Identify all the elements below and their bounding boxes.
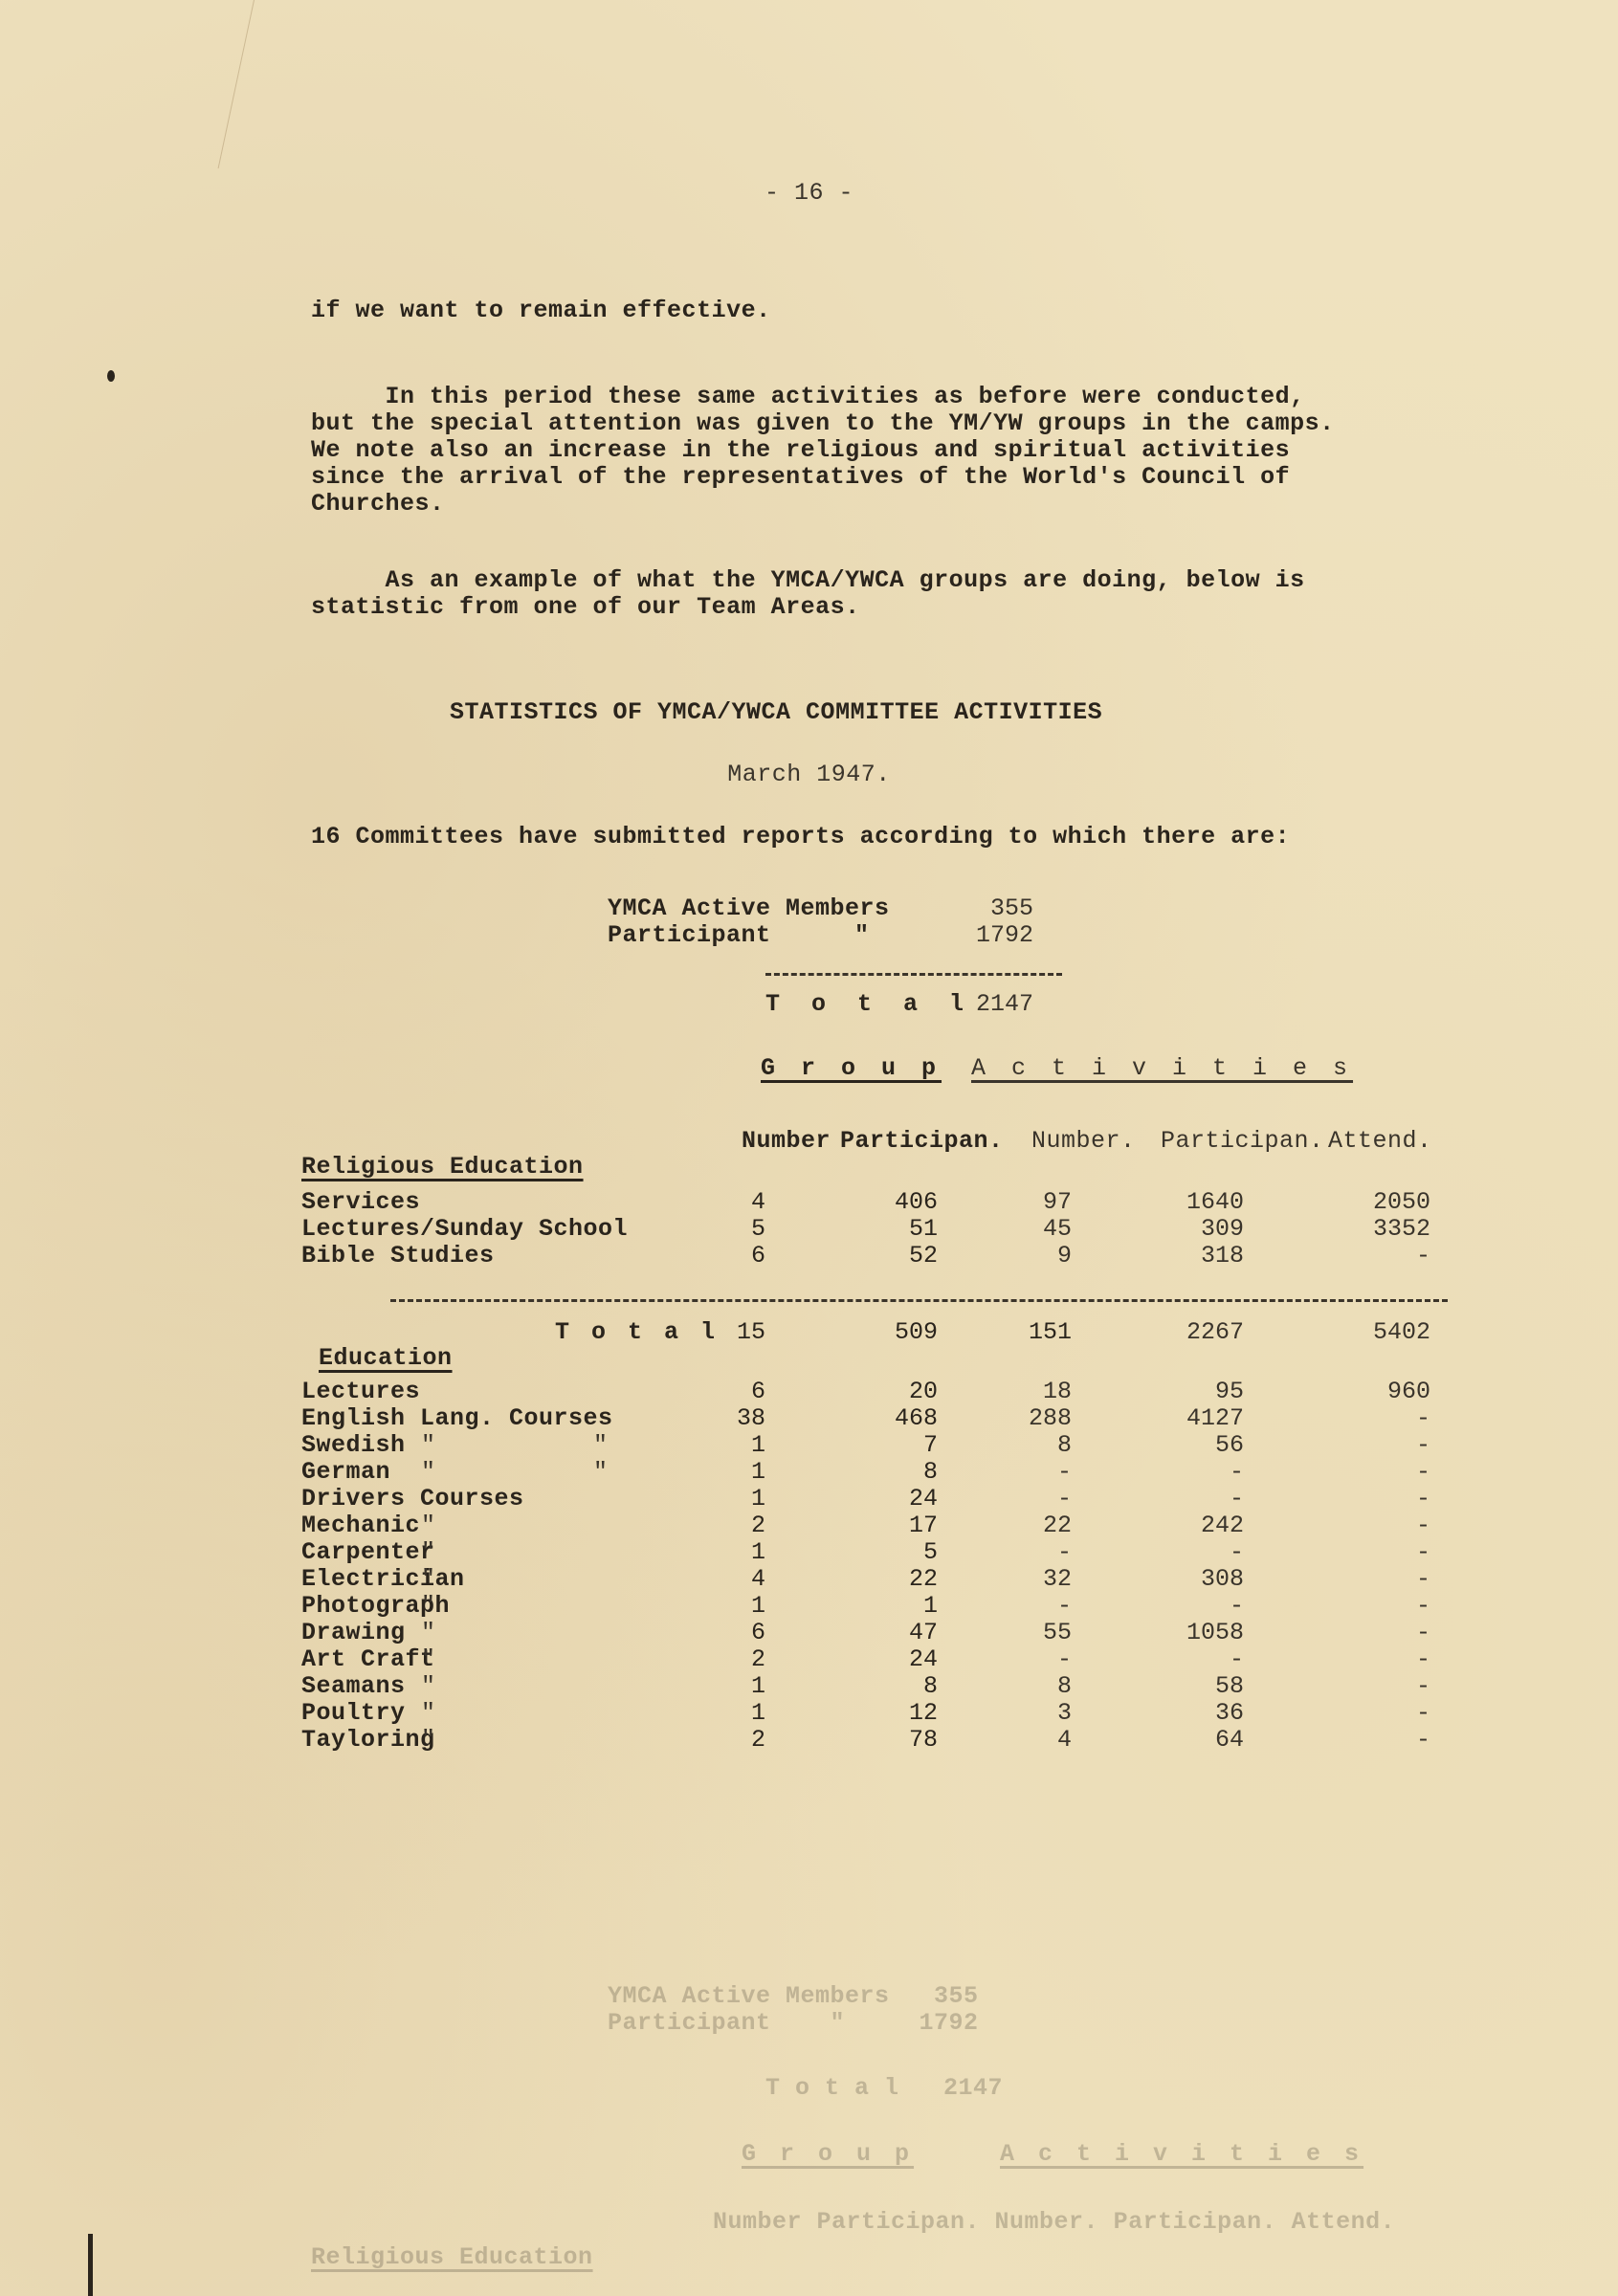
cell-g-number: 4 bbox=[708, 1188, 765, 1216]
cell-a-number: 3 bbox=[995, 1699, 1072, 1727]
committees-line: 16 Committees have submitted reports acc… bbox=[311, 823, 1290, 850]
cell-g-number: 2 bbox=[708, 1726, 765, 1754]
row-label: Carpenter bbox=[301, 1538, 435, 1566]
row-label: Swedish bbox=[301, 1431, 406, 1459]
cell-a-number: 288 bbox=[995, 1404, 1072, 1432]
membership-value: 355 bbox=[919, 894, 1033, 922]
cell-a-number: 9 bbox=[995, 1242, 1072, 1269]
cell-a-particip: - bbox=[1139, 1458, 1244, 1486]
cell-attend: 3352 bbox=[1320, 1215, 1430, 1243]
cell-a-particip: - bbox=[1139, 1538, 1244, 1566]
cell-attend: - bbox=[1320, 1431, 1430, 1459]
intro-line: if we want to remain effective. bbox=[311, 297, 771, 324]
cell-a-particip: - bbox=[1139, 1485, 1244, 1512]
ditto-mark: " bbox=[421, 1619, 436, 1646]
group-header: G r o u p bbox=[761, 1054, 942, 1082]
row-label: Mechanic bbox=[301, 1512, 420, 1539]
cell-g-particip: 7 bbox=[842, 1431, 938, 1459]
cell-attend: - bbox=[1320, 1404, 1430, 1432]
paragraph-line: We note also an increase in the religiou… bbox=[311, 436, 1290, 464]
ditto-mark: " bbox=[421, 1592, 436, 1620]
page-number: - 16 - bbox=[0, 179, 1618, 207]
cell-attend: - bbox=[1320, 1619, 1430, 1646]
ditto-mark: " bbox=[421, 1699, 436, 1727]
row-label: Tayloring bbox=[301, 1726, 435, 1754]
cell-g-particip: 24 bbox=[842, 1485, 938, 1512]
cell-g-number: 4 bbox=[708, 1565, 765, 1593]
cell-attend: - bbox=[1320, 1512, 1430, 1539]
cell-g-number: 1 bbox=[708, 1672, 765, 1700]
ditto-mark: " bbox=[421, 1565, 436, 1593]
ditto-mark: " bbox=[421, 1512, 436, 1539]
cell-g-number: 2 bbox=[708, 1645, 765, 1673]
cell-g-particip: 468 bbox=[842, 1404, 938, 1432]
column-header: Number. bbox=[1031, 1127, 1136, 1155]
cell-attend: 5402 bbox=[1320, 1318, 1430, 1346]
row-label: Lectures bbox=[301, 1378, 420, 1405]
row-label: Drivers Courses bbox=[301, 1485, 524, 1512]
membership-label: YMCA Active Members bbox=[608, 894, 890, 922]
cell-a-number: - bbox=[995, 1485, 1072, 1512]
cell-a-particip: 4127 bbox=[1139, 1404, 1244, 1432]
cell-a-number: 18 bbox=[995, 1378, 1072, 1405]
membership-label: Participant bbox=[608, 921, 771, 949]
cell-g-number: 2 bbox=[708, 1512, 765, 1539]
paragraph-line: since the arrival of the representatives… bbox=[311, 463, 1290, 491]
ghost-line: Religious Education bbox=[311, 2243, 593, 2271]
cell-a-number: - bbox=[995, 1645, 1072, 1673]
cell-a-number: 8 bbox=[995, 1672, 1072, 1700]
row-label: English Lang. Courses bbox=[301, 1404, 613, 1432]
cell-g-number: 15 bbox=[708, 1318, 765, 1346]
cell-attend: - bbox=[1320, 1699, 1430, 1727]
total-label: T o t a l bbox=[555, 1318, 719, 1346]
ghost-line: Number Participan. Number. Participan. A… bbox=[713, 2208, 1395, 2236]
ghost-line: A c t i v i t i e s bbox=[1000, 2140, 1363, 2168]
divider bbox=[390, 1299, 1448, 1302]
cell-a-number: 4 bbox=[995, 1726, 1072, 1754]
column-header: Attend. bbox=[1328, 1127, 1432, 1155]
cell-a-particip: - bbox=[1139, 1645, 1244, 1673]
row-label: Drawing bbox=[301, 1619, 406, 1646]
row-label: Lectures/Sunday School bbox=[301, 1215, 628, 1243]
ditto-mark: " bbox=[593, 1458, 609, 1486]
cell-a-number: 22 bbox=[995, 1512, 1072, 1539]
row-label: Electrician bbox=[301, 1565, 465, 1593]
cell-a-particip: 318 bbox=[1139, 1242, 1244, 1269]
cell-attend: - bbox=[1320, 1538, 1430, 1566]
row-label: German bbox=[301, 1458, 390, 1486]
cell-g-number: 6 bbox=[708, 1242, 765, 1269]
cell-attend: - bbox=[1320, 1592, 1430, 1620]
paragraph-line: Churches. bbox=[311, 490, 445, 518]
ditto-mark: " bbox=[421, 1538, 436, 1566]
divider bbox=[765, 973, 1062, 976]
cell-a-particip: 309 bbox=[1139, 1215, 1244, 1243]
cell-a-number: 97 bbox=[995, 1188, 1072, 1216]
cell-g-particip: 509 bbox=[842, 1318, 938, 1346]
column-header: Participan. bbox=[840, 1127, 1004, 1155]
total-value: 2147 bbox=[919, 990, 1033, 1018]
education-heading: Education bbox=[319, 1344, 453, 1372]
cell-g-particip: 17 bbox=[842, 1512, 938, 1539]
paragraph-line: In this period these same activities as … bbox=[311, 383, 1305, 410]
cell-g-particip: 78 bbox=[842, 1726, 938, 1754]
ditto-mark: " bbox=[421, 1431, 436, 1459]
cell-a-number: 55 bbox=[995, 1619, 1072, 1646]
cell-g-number: 6 bbox=[708, 1619, 765, 1646]
cell-attend: - bbox=[1320, 1726, 1430, 1754]
cell-a-number: 45 bbox=[995, 1215, 1072, 1243]
cell-a-particip: 58 bbox=[1139, 1672, 1244, 1700]
cell-a-particip: 56 bbox=[1139, 1431, 1244, 1459]
paragraph-line: statistic from one of our Team Areas. bbox=[311, 593, 860, 621]
paragraph-line: As an example of what the YMCA/YWCA grou… bbox=[311, 566, 1305, 594]
column-header: Number bbox=[742, 1127, 831, 1155]
statistics-title: STATISTICS OF YMCA/YWCA COMMITTEE ACTIVI… bbox=[450, 698, 1102, 726]
ditto-mark: " bbox=[421, 1726, 436, 1754]
row-label: Services bbox=[301, 1188, 420, 1216]
cell-g-number: 1 bbox=[708, 1592, 765, 1620]
cell-g-particip: 47 bbox=[842, 1619, 938, 1646]
ditto-mark: " bbox=[421, 1458, 436, 1486]
cell-g-particip: 22 bbox=[842, 1565, 938, 1593]
row-label: Bible Studies bbox=[301, 1242, 495, 1269]
cell-g-number: 1 bbox=[708, 1485, 765, 1512]
cell-attend: 2050 bbox=[1320, 1188, 1430, 1216]
cell-a-particip: 308 bbox=[1139, 1565, 1244, 1593]
cell-g-particip: 8 bbox=[842, 1458, 938, 1486]
cell-a-number: 8 bbox=[995, 1431, 1072, 1459]
cell-a-particip: 242 bbox=[1139, 1512, 1244, 1539]
cell-a-number: 32 bbox=[995, 1565, 1072, 1593]
cell-a-number: - bbox=[995, 1538, 1072, 1566]
ditto-mark: " bbox=[421, 1672, 436, 1700]
cell-a-particip: 1058 bbox=[1139, 1619, 1244, 1646]
cell-g-particip: 5 bbox=[842, 1538, 938, 1566]
cell-g-number: 1 bbox=[708, 1458, 765, 1486]
cell-attend: - bbox=[1320, 1458, 1430, 1486]
cell-a-particip: 95 bbox=[1139, 1378, 1244, 1405]
cell-g-particip: 51 bbox=[842, 1215, 938, 1243]
cell-a-particip: 2267 bbox=[1139, 1318, 1244, 1346]
cell-g-particip: 406 bbox=[842, 1188, 938, 1216]
activities-header: A c t i v i t i e s bbox=[971, 1054, 1353, 1082]
ditto-mark: " bbox=[421, 1645, 436, 1673]
cell-attend: - bbox=[1320, 1242, 1430, 1269]
cell-g-particip: 12 bbox=[842, 1699, 938, 1727]
cell-a-particip: 1640 bbox=[1139, 1188, 1244, 1216]
cell-attend: - bbox=[1320, 1645, 1430, 1673]
cell-g-number: 1 bbox=[708, 1538, 765, 1566]
ghost-line: YMCA Active Members 355 bbox=[608, 1982, 979, 2010]
cell-g-number: 6 bbox=[708, 1378, 765, 1405]
cell-g-number: 38 bbox=[708, 1404, 765, 1432]
row-label: Seamans bbox=[301, 1672, 406, 1700]
cell-a-particip: 64 bbox=[1139, 1726, 1244, 1754]
column-header: Participan. bbox=[1161, 1127, 1324, 1155]
cell-g-particip: 20 bbox=[842, 1378, 938, 1405]
paper-crease bbox=[218, 0, 255, 168]
cell-g-particip: 52 bbox=[842, 1242, 938, 1269]
row-label: Poultry bbox=[301, 1699, 406, 1727]
cell-a-number: 151 bbox=[995, 1318, 1072, 1346]
ink-spot bbox=[107, 370, 115, 382]
ghost-line: T o t a l 2147 bbox=[765, 2074, 1003, 2102]
ditto-mark: " bbox=[593, 1431, 609, 1459]
cell-g-particip: 24 bbox=[842, 1645, 938, 1673]
cell-attend: - bbox=[1320, 1485, 1430, 1512]
cell-g-particip: 8 bbox=[842, 1672, 938, 1700]
ghost-line: G r o u p bbox=[742, 2140, 914, 2168]
paragraph-line: but the special attention was given to t… bbox=[311, 409, 1335, 437]
cell-a-number: - bbox=[995, 1458, 1072, 1486]
cell-a-particip: 36 bbox=[1139, 1699, 1244, 1727]
cell-attend: - bbox=[1320, 1565, 1430, 1593]
cell-g-number: 1 bbox=[708, 1699, 765, 1727]
ghost-line: Participant " 1792 bbox=[608, 2009, 979, 2037]
edge-mark bbox=[88, 2234, 93, 2296]
row-label: Art Craft bbox=[301, 1645, 435, 1673]
ditto-mark: " bbox=[854, 921, 870, 949]
cell-g-number: 1 bbox=[708, 1431, 765, 1459]
cell-g-number: 5 bbox=[708, 1215, 765, 1243]
statistics-date: March 1947. bbox=[0, 761, 1618, 788]
cell-attend: 960 bbox=[1320, 1378, 1430, 1405]
cell-g-particip: 1 bbox=[842, 1592, 938, 1620]
document-page: - 16 - if we want to remain effective. I… bbox=[0, 0, 1618, 2296]
membership-value: 1792 bbox=[919, 921, 1033, 949]
religious-education-heading: Religious Education bbox=[301, 1153, 584, 1181]
cell-attend: - bbox=[1320, 1672, 1430, 1700]
cell-a-particip: - bbox=[1139, 1592, 1244, 1620]
cell-a-number: - bbox=[995, 1592, 1072, 1620]
